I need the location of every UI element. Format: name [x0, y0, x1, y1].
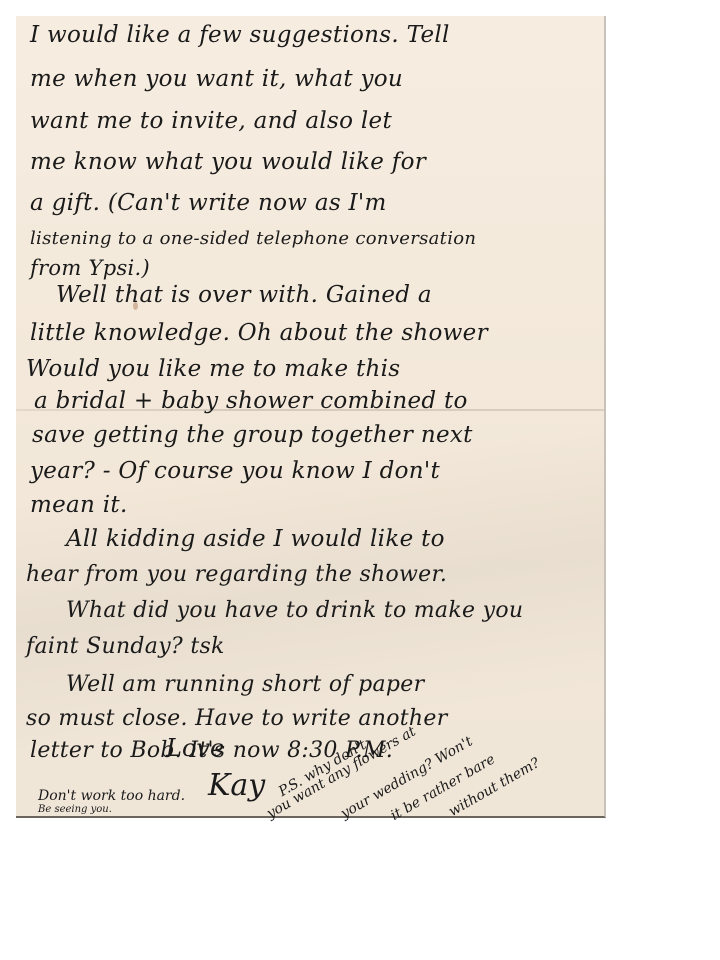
letter-line-9: little knowledge. Oh about the shower — [30, 320, 488, 346]
letter-line-18: faint Sunday? tsk — [26, 634, 225, 659]
letter-paper: I would like a few suggestions. Tell me … — [16, 16, 606, 818]
letter-line-10: Would you like me to make this — [26, 356, 400, 382]
letter-line-19: Well am running short of paper — [66, 672, 424, 697]
letter-line-2: me when you want it, what you — [30, 66, 403, 92]
closing-love: Love — [166, 734, 224, 762]
signature-kay: Kay — [208, 768, 265, 803]
letter-line-13: year? - Of course you know I don't — [30, 458, 440, 484]
letter-line-15: All kidding aside I would like to — [66, 526, 445, 552]
letter-line-17: What did you have to drink to make you — [66, 598, 523, 623]
footer-note-2: Be seeing you. — [38, 804, 112, 815]
footer-note: Don't work too hard. — [38, 788, 185, 804]
letter-line-11: a bridal + baby shower combined to — [34, 388, 468, 414]
scanned-page: I would like a few suggestions. Tell me … — [0, 0, 720, 960]
letter-line-8: Well that is over with. Gained a — [56, 282, 432, 308]
letter-line-12: save getting the group together next — [32, 422, 473, 448]
letter-line-5: a gift. (Can't write now as I'm — [30, 190, 387, 216]
letter-line-1: I would like a few suggestions. Tell — [30, 22, 450, 48]
letter-line-4: me know what you would like for — [30, 149, 426, 175]
letter-line-3: want me to invite, and also let — [30, 108, 392, 134]
letter-line-16: hear from you regarding the shower. — [26, 562, 447, 587]
letter-line-7: from Ypsi.) — [30, 256, 150, 280]
letter-line-14: mean it. — [30, 492, 128, 518]
letter-line-20: so must close. Have to write another — [26, 706, 448, 731]
letter-line-6: listening to a one-sided telephone conve… — [30, 228, 476, 249]
